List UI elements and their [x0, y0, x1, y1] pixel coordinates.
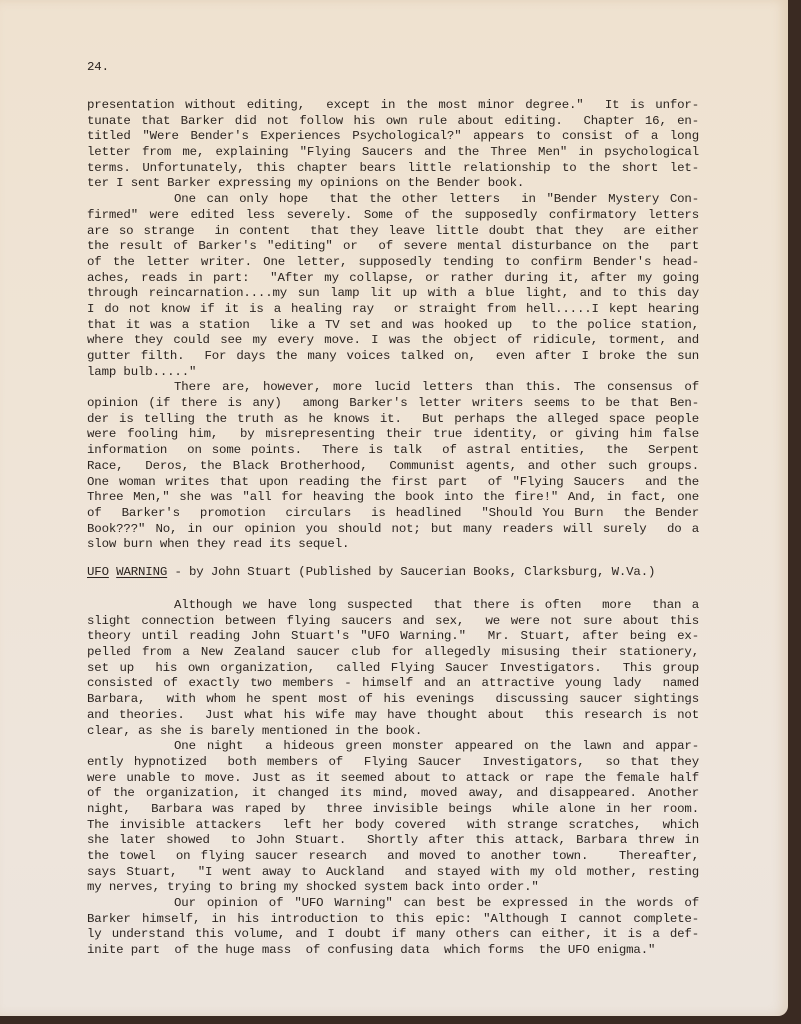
text-line: opinion (if there is any) among Barker's…	[87, 396, 699, 412]
text-line: Three Men," she was "all for heaving the…	[87, 490, 699, 506]
text-line: where they could see my every move. I wa…	[87, 333, 699, 349]
text-line: Book???" No, in our opinion you should n…	[87, 522, 699, 538]
text-line: lamp bulb....."	[87, 365, 699, 381]
book-title-word-2: WARNING	[116, 565, 167, 579]
text-line: of the letter writer. One letter, suppos…	[87, 255, 699, 271]
text-line: of Barker's promotion circulars is headl…	[87, 506, 699, 522]
text-line: Our opinion of "UFO Warning" can best be…	[87, 896, 699, 912]
text-line: clear, as she is barely mentioned in the…	[87, 724, 699, 740]
book-title-word-1: UFO	[87, 565, 109, 579]
text-line: says Stuart, "I went away to Auckland an…	[87, 865, 699, 881]
text-line: through reincarnation....my sun lamp lit…	[87, 286, 699, 302]
text-line: Barker himself, in his introduction to t…	[87, 912, 699, 928]
text-line: and theories. Just what his wife may hav…	[87, 708, 699, 724]
text-line: letter from me, explaining "Flying Sauce…	[87, 145, 699, 161]
text-line: titled "Were Bender's Experiences Psycho…	[87, 129, 699, 145]
text-line: ently hypnotized both members of Flying …	[87, 755, 699, 771]
review-heading: UFO WARNING - by John Stuart (Published …	[87, 565, 655, 579]
text-line: Although we have long suspected that the…	[87, 598, 699, 614]
text-line: The invisible attackers left her body co…	[87, 818, 699, 834]
text-line: ter I sent Barker expressing my opinions…	[87, 176, 699, 192]
text-line: Race, Deros, the Black Brotherhood, Comm…	[87, 459, 699, 475]
text-line: theory until reading John Stuart's "UFO …	[87, 629, 699, 645]
text-line: the towel on flying saucer research and …	[87, 849, 699, 865]
text-line: slight connection between flying saucers…	[87, 614, 699, 630]
text-line: terms. Unfortunately, this chapter bears…	[87, 161, 699, 177]
text-line: inite part of the huge mass of confusing…	[87, 943, 699, 959]
text-line: presentation without editing, except in …	[87, 98, 699, 114]
text-line: are so strange in content that they leav…	[87, 224, 699, 240]
text-line: that it was a station like a TV set and …	[87, 318, 699, 334]
text-line: There are, however, more lucid letters t…	[87, 380, 699, 396]
text-line: slow burn when they read its sequel.	[87, 537, 699, 553]
text-line: der is telling the truth as he knows it.…	[87, 412, 699, 428]
text-line: my nerves, trying to bring my shocked sy…	[87, 880, 699, 896]
text-line: set up his own organization, called Flyi…	[87, 661, 699, 677]
typewritten-page: 24. presentation without editing, except…	[0, 0, 788, 1016]
text-line: tunate that Barker did not follow his ow…	[87, 114, 699, 130]
text-line: firmed" were edited less severely. Some …	[87, 208, 699, 224]
text-line: the result of Barker's "editing" or of s…	[87, 239, 699, 255]
text-line: Barbara, with whom he spent most of his …	[87, 692, 699, 708]
review-continuation: presentation without editing, except in …	[87, 98, 699, 553]
text-line: consisted of exactly two members - himse…	[87, 676, 699, 692]
text-line: pelled from a New Zealand saucer club fo…	[87, 645, 699, 661]
text-line: One woman writes that upon reading the f…	[87, 475, 699, 491]
review-byline: - by John Stuart (Published by Saucerian…	[167, 565, 655, 579]
text-line: aches, reads in part: "After my collapse…	[87, 271, 699, 287]
text-line: were fooling him, by misrepresenting the…	[87, 427, 699, 443]
text-line: information on some points. There is tal…	[87, 443, 699, 459]
text-line: One can only hope that the other letters…	[87, 192, 699, 208]
text-line: ly understand this volume, and I doubt i…	[87, 927, 699, 943]
text-line: I do not know if it is a healing ray or …	[87, 302, 699, 318]
text-line: of the organization, it changed its mind…	[87, 786, 699, 802]
page-number: 24.	[87, 60, 109, 74]
text-line: night, Barbara was raped by three invisi…	[87, 802, 699, 818]
text-line: gutter filth. For days the many voices t…	[87, 349, 699, 365]
ufo-warning-review: Although we have long suspected that the…	[87, 598, 699, 959]
text-line: One night a hideous green monster appear…	[87, 739, 699, 755]
text-line: were unable to move. Just as it seemed a…	[87, 771, 699, 787]
text-line: she later showed to John Stuart. Shortly…	[87, 833, 699, 849]
